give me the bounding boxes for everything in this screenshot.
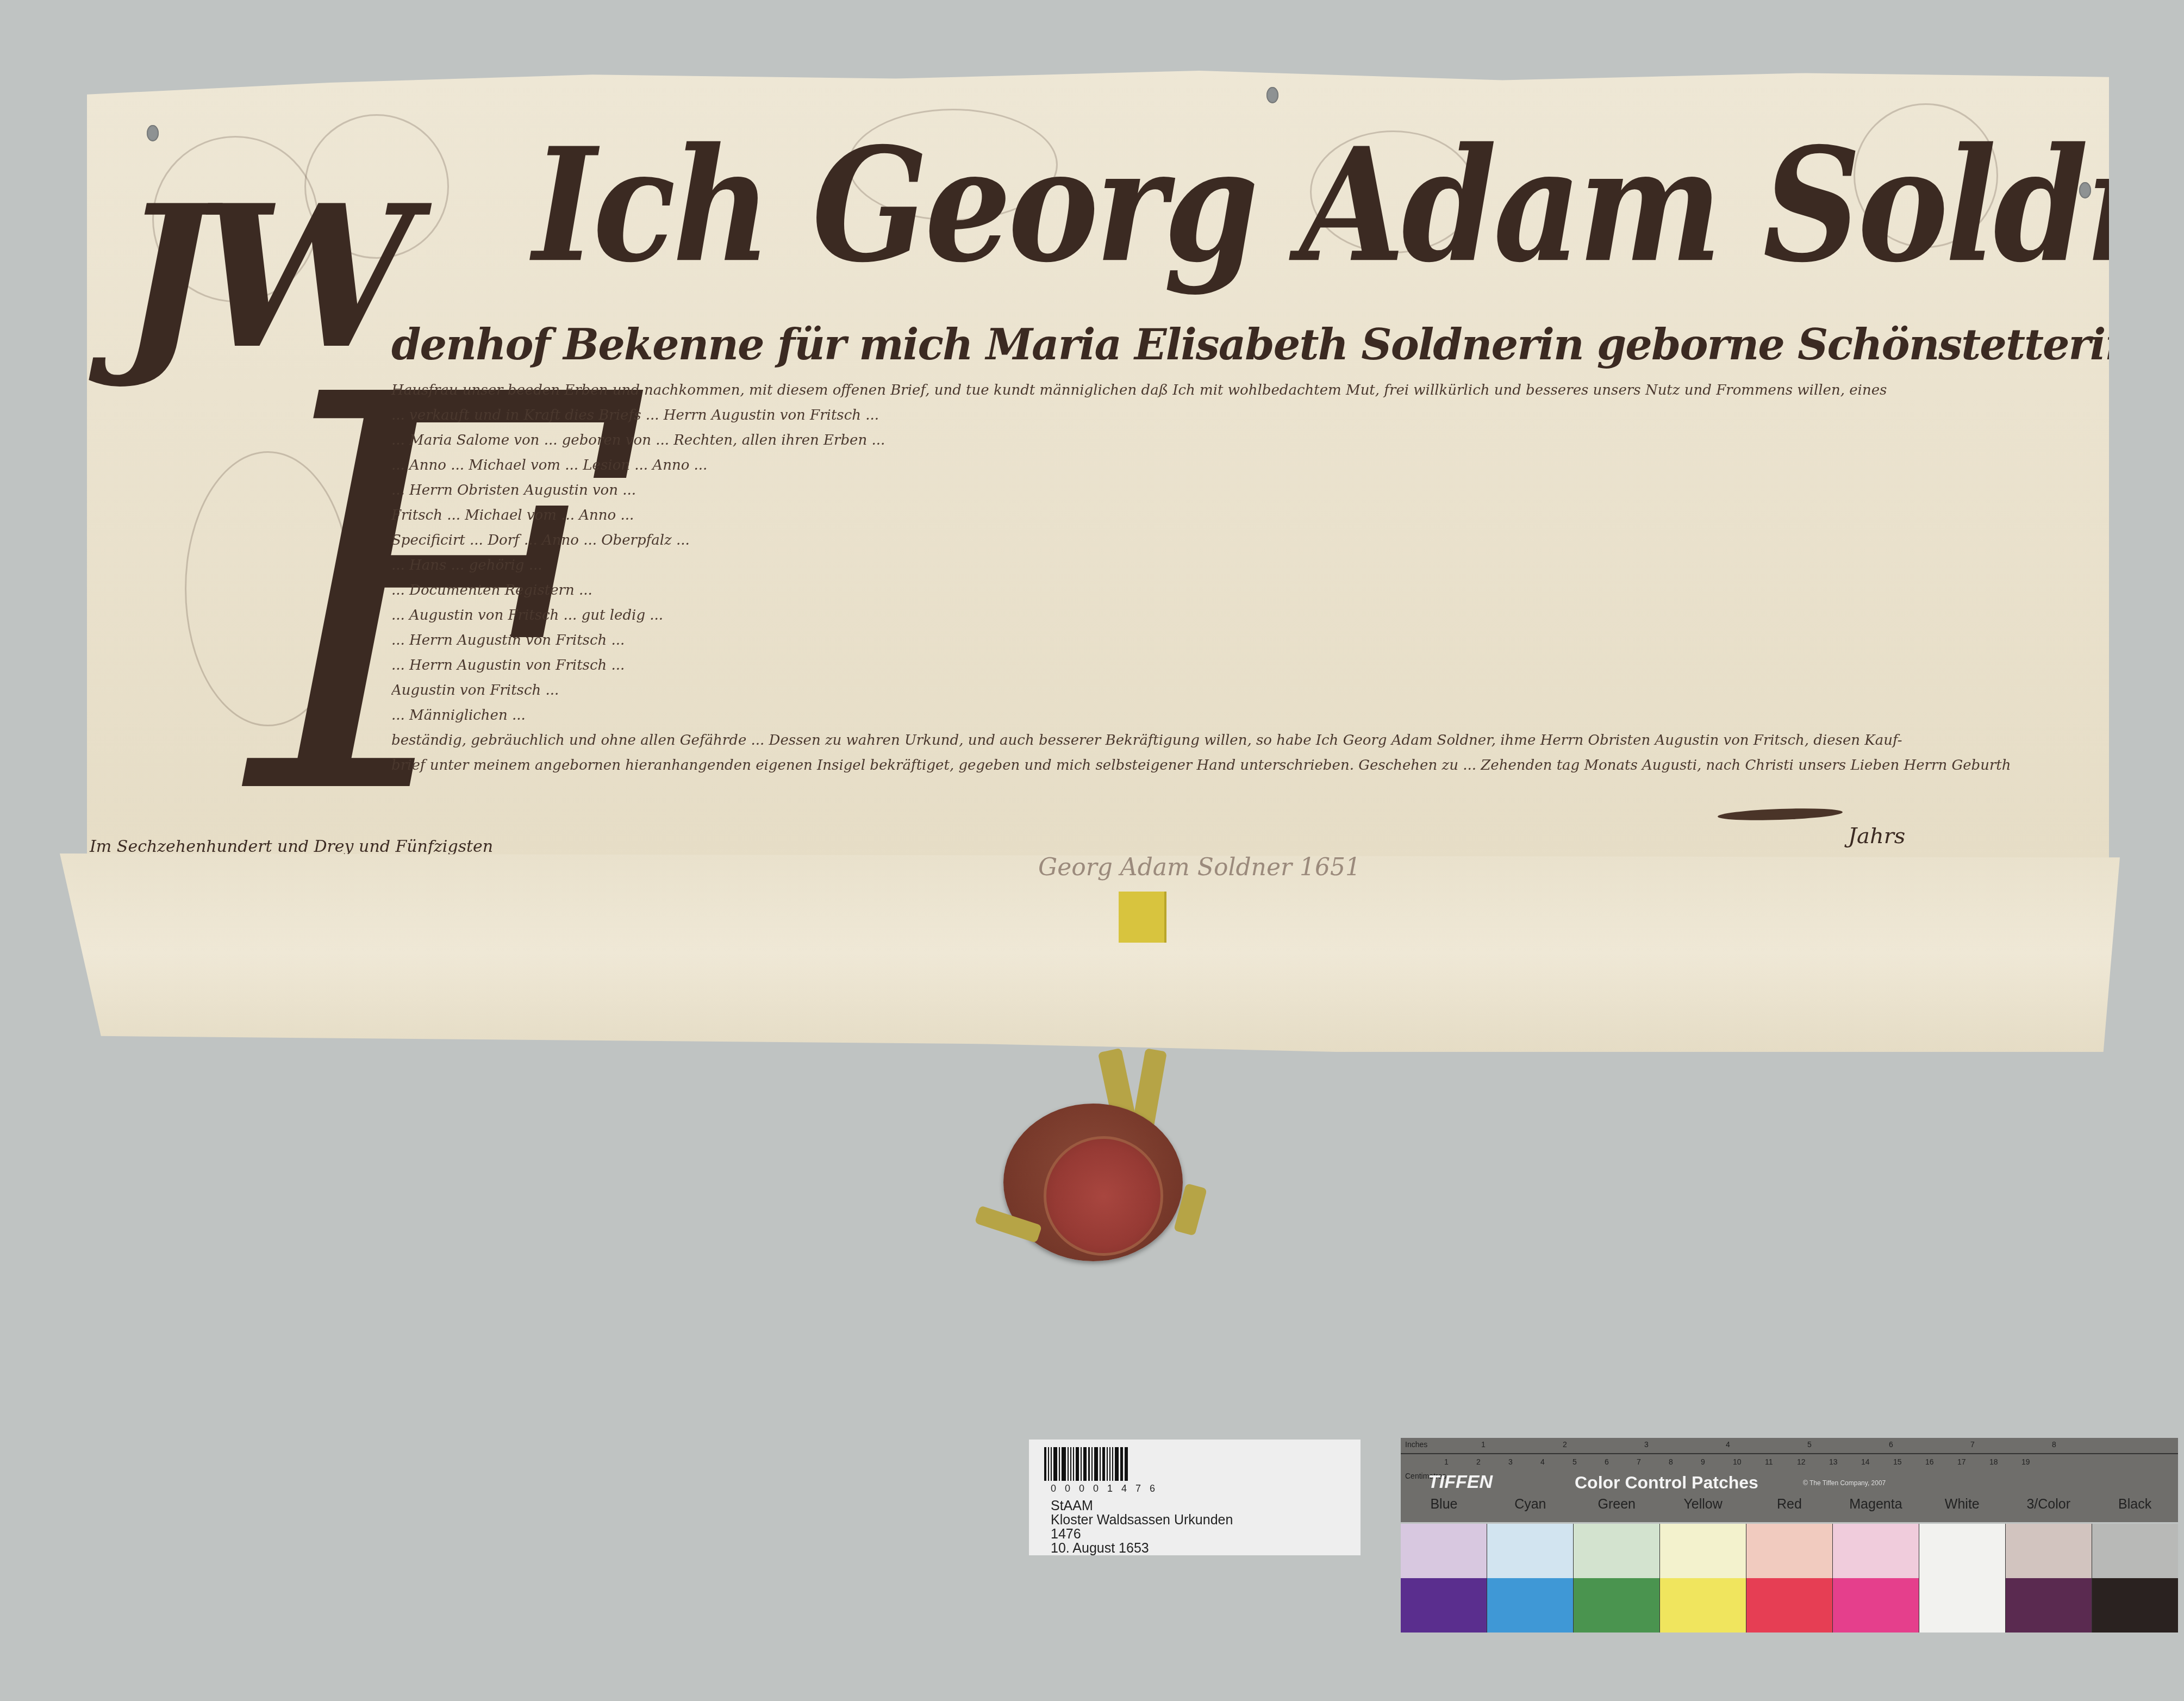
text-line: brief unter meinem angebornen hieranhang… <box>391 753 2104 778</box>
text-line: ... Anno ... Michael vom ... Lesion ... … <box>391 453 2104 478</box>
cm-tick: 19 <box>2021 1457 2030 1466</box>
charter-document: JW Ich Georg Adam Soldner vom Söl F denh… <box>87 71 2109 864</box>
wax-seal <box>1044 1136 1163 1256</box>
cm-tick: 3 <box>1508 1457 1513 1466</box>
text-line: ... Documenten Registern ... <box>391 578 2104 603</box>
cm-tick: 17 <box>1957 1457 1966 1466</box>
patch-blue <box>1401 1524 1487 1633</box>
tiffen-logo: TIFFEN <box>1428 1472 1493 1493</box>
cm-tick: 11 <box>1765 1457 1773 1466</box>
barcode <box>1044 1447 1130 1481</box>
punch-hole <box>147 125 159 141</box>
cm-tick: 6 <box>1605 1457 1609 1466</box>
text-line: ... verkauft und in Kraft dies Briefs ..… <box>391 403 2104 428</box>
cm-tick: 5 <box>1573 1457 1577 1466</box>
patch-green <box>1574 1524 1660 1633</box>
cm-tick: 4 <box>1540 1457 1545 1466</box>
chart-header: Inches 1 2 3 4 5 6 7 8 1 2 3 4 5 6 7 8 9… <box>1401 1438 2178 1522</box>
cm-tick: 16 <box>1925 1457 1934 1466</box>
text-line: ... Hans ... gehörig ... <box>391 553 2104 578</box>
inch-tick: 5 <box>1807 1440 1812 1449</box>
patch-white <box>1919 1524 2006 1633</box>
cm-tick: 10 <box>1733 1457 1742 1466</box>
document-date: 10. August 1653 <box>1051 1541 1149 1556</box>
inch-ruler: Inches 1 2 3 4 5 6 7 8 <box>1401 1438 2178 1454</box>
cm-tick: 2 <box>1476 1457 1481 1466</box>
cm-tick: 15 <box>1893 1457 1902 1466</box>
cm-tick: 9 <box>1701 1457 1705 1466</box>
patch-yellow <box>1660 1524 1746 1633</box>
text-line: Fritsch ... Michael vom ... Anno ... <box>391 503 2104 528</box>
inch-tick: 7 <box>1970 1440 1975 1449</box>
color-patches <box>1401 1524 2178 1633</box>
patch-label-3color: 3/Color <box>2005 1497 2092 1521</box>
text-line: ... Herrn Augustin von Fritsch ... <box>391 653 2104 678</box>
cm-tick: 8 <box>1669 1457 1673 1466</box>
text-line: Hausfrau unser beeden Erben und nachkomm… <box>391 378 2104 403</box>
large-initial-f: F <box>250 299 380 897</box>
text-line: ... Augustin von Fritsch ... gut ledig .… <box>391 603 2104 628</box>
chart-title: Color Control Patches <box>1575 1473 1758 1493</box>
text-line: ... Herrn Obristen Augustin von ... <box>391 478 2104 503</box>
patch-label-blue: Blue <box>1401 1497 1487 1521</box>
text-line: ... Herrn Augustin von Fritsch ... <box>391 628 2104 653</box>
inch-tick: 3 <box>1644 1440 1649 1449</box>
cm-tick: 18 <box>1989 1457 1998 1466</box>
patch-red <box>1746 1524 1833 1633</box>
patch-label-cyan: Cyan <box>1487 1497 1574 1521</box>
inch-tick: 6 <box>1889 1440 1893 1449</box>
patch-label-white: White <box>1919 1497 2005 1521</box>
cm-tick: 7 <box>1637 1457 1641 1466</box>
text-line: beständig, gebräuchlich und ohne allen G… <box>391 728 2104 753</box>
patch-magenta <box>1833 1524 1919 1633</box>
inch-tick: 8 <box>2052 1440 2056 1449</box>
cm-ruler: 1 2 3 4 5 6 7 8 9 10 11 12 13 14 15 16 1… <box>1401 1454 2178 1471</box>
cm-tick: 12 <box>1797 1457 1806 1466</box>
charter-second-line: denhof Bekenne für mich Maria Elisabeth … <box>391 315 2104 375</box>
chart-copyright: © The Tiffen Company, 2007 <box>1803 1479 1886 1487</box>
seal-ribbon-slot <box>1119 892 1166 943</box>
color-control-chart: Inches 1 2 3 4 5 6 7 8 1 2 3 4 5 6 7 8 9… <box>1401 1438 2178 1644</box>
patch-label-magenta: Magenta <box>1832 1497 1919 1521</box>
signature-stroke <box>1718 807 1843 822</box>
closing-word: Jahrs <box>1848 824 1905 849</box>
charter-headline: Ich Georg Adam Soldner vom Söl <box>533 92 2109 317</box>
barcode-number: 00001476 <box>1051 1483 1164 1494</box>
patch-label-yellow: Yellow <box>1660 1497 1746 1521</box>
patch-label-black: Black <box>2092 1497 2178 1521</box>
charter-plica <box>60 853 2120 1052</box>
patch-3color <box>2006 1524 2092 1633</box>
text-line: ... Maria Salome von ... geboren von ...… <box>391 428 2104 453</box>
patch-label-green: Green <box>1574 1497 1660 1521</box>
cm-tick: 14 <box>1861 1457 1870 1466</box>
closing-date-line: Im Sechzehenhundert und Drey und Fünfzig… <box>90 837 493 856</box>
inch-tick: 4 <box>1726 1440 1730 1449</box>
item-number: 1476 <box>1051 1526 1081 1542</box>
patch-cyan <box>1487 1524 1574 1633</box>
text-line: Specificirt ... Dorf ... Anno ... Oberpf… <box>391 528 2104 553</box>
inches-label: Inches <box>1405 1440 1427 1449</box>
patch-black <box>2092 1524 2178 1633</box>
patch-labels: Blue Cyan Green Yellow Red Magenta White… <box>1401 1497 2178 1521</box>
inch-tick: 2 <box>1563 1440 1567 1449</box>
collection-name: Kloster Waldsassen Urkunden <box>1051 1512 1233 1528</box>
text-line: Augustin von Fritsch ... <box>391 678 2104 703</box>
cm-tick: 13 <box>1829 1457 1838 1466</box>
archive-label: 00001476 StAAM Kloster Waldsassen Urkund… <box>1029 1440 1361 1555</box>
cm-tick: 1 <box>1444 1457 1449 1466</box>
text-line: ... Männiglichen ... <box>391 703 2104 728</box>
charter-body-text: Hausfrau unser beeden Erben und nachkomm… <box>391 378 2104 778</box>
inch-tick: 1 <box>1481 1440 1486 1449</box>
archival-note: Georg Adam Soldner 1651 <box>1038 853 1361 881</box>
repository-name: StAAM <box>1051 1498 1093 1514</box>
patch-label-red: Red <box>1746 1497 1833 1521</box>
